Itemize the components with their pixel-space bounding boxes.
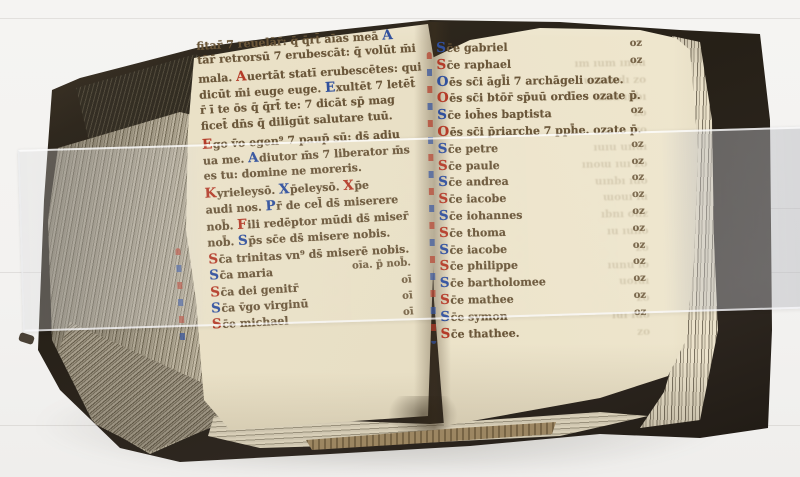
background-panel-seam: [0, 18, 800, 19]
initial-letter: S: [436, 40, 447, 56]
initial-letter: A: [236, 68, 248, 85]
acrylic-strap: [18, 126, 800, 332]
text-segment: ēs sc̄i āgl̄i 7 archāgeli ozate.: [449, 73, 624, 89]
photo-scene: ım ıum ınouuı ıundı zoɯnu ınbızozoıuıu u…: [0, 0, 800, 477]
manuscript-line: Sc̄e thathee.: [440, 322, 646, 342]
text-segment: ēs sc̄i btōr̄ sp̄uū ordīes ozate p̄.: [449, 89, 641, 105]
text-segment: mala.: [198, 71, 236, 86]
initial-letter: E: [325, 80, 337, 97]
text-segment: c̄e gabriel: [446, 41, 507, 55]
initial-letter: O: [437, 90, 450, 106]
initial-letter: S: [437, 107, 448, 123]
initial-letter: S: [440, 325, 451, 341]
text-segment: c̄e ioh̄es baptista: [447, 107, 551, 122]
initial-letter: S: [436, 57, 447, 73]
clasp-remnant: [18, 332, 35, 345]
text-segment: c̄e thathee.: [451, 326, 520, 340]
text-segment: c̄e raphael: [447, 58, 512, 72]
initial-letter: O: [437, 73, 450, 89]
ora-mark: oz: [631, 105, 644, 116]
initial-letter: A: [382, 27, 394, 44]
ora-mark: oz: [630, 55, 643, 66]
ora-mark: oz: [630, 38, 643, 49]
